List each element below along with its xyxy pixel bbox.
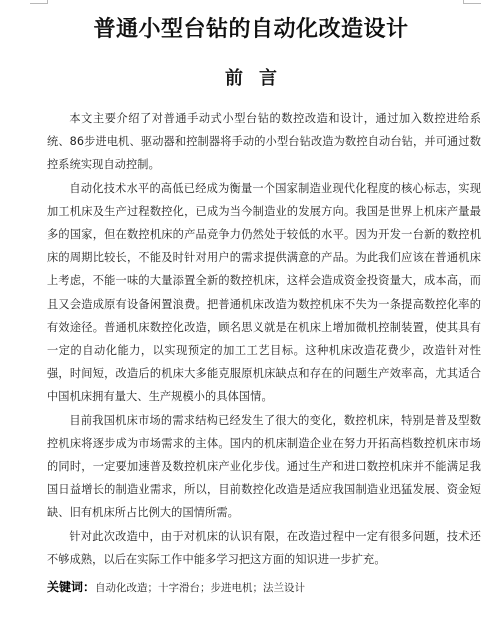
- page-corner-mark-right: [463, 0, 481, 4]
- section-title-preface: 前言: [0, 64, 502, 90]
- preface-body: 本文主要介绍了对普通手动式小型台钻的数控改造和设计，通过加入数控进给系统、86步…: [47, 107, 481, 571]
- keywords-value: 自动化改造；十字滑台；步进电机；法兰设计: [95, 582, 305, 594]
- section-title-char-1: 前: [225, 68, 243, 89]
- paragraph-3: 目前我国机床市场的需求结构已经发生了很大的变化，数控机床，特别是普及型数控机床将…: [47, 409, 481, 525]
- keywords-label: 关键词：: [47, 580, 95, 594]
- section-title-char-2: 言: [259, 68, 277, 89]
- keywords-line: 关键词：自动化改造；十字滑台；步进电机；法兰设计: [47, 578, 481, 595]
- page-corner-mark-left: [30, 0, 48, 4]
- document-title: 普通小型台钻的自动化改造设计: [0, 12, 502, 43]
- paragraph-4: 针对此次改造中，由于对机床的认识有限，在改造过程中一定有很多问题，技术还不够成熟…: [47, 525, 481, 571]
- paragraph-2: 自动化技术水平的高低已经成为衡量一个国家制造业现代化程度的核心标志，实现加工机床…: [47, 177, 481, 409]
- paragraph-1: 本文主要介绍了对普通手动式小型台钻的数控改造和设计，通过加入数控进给系统、86步…: [47, 107, 481, 177]
